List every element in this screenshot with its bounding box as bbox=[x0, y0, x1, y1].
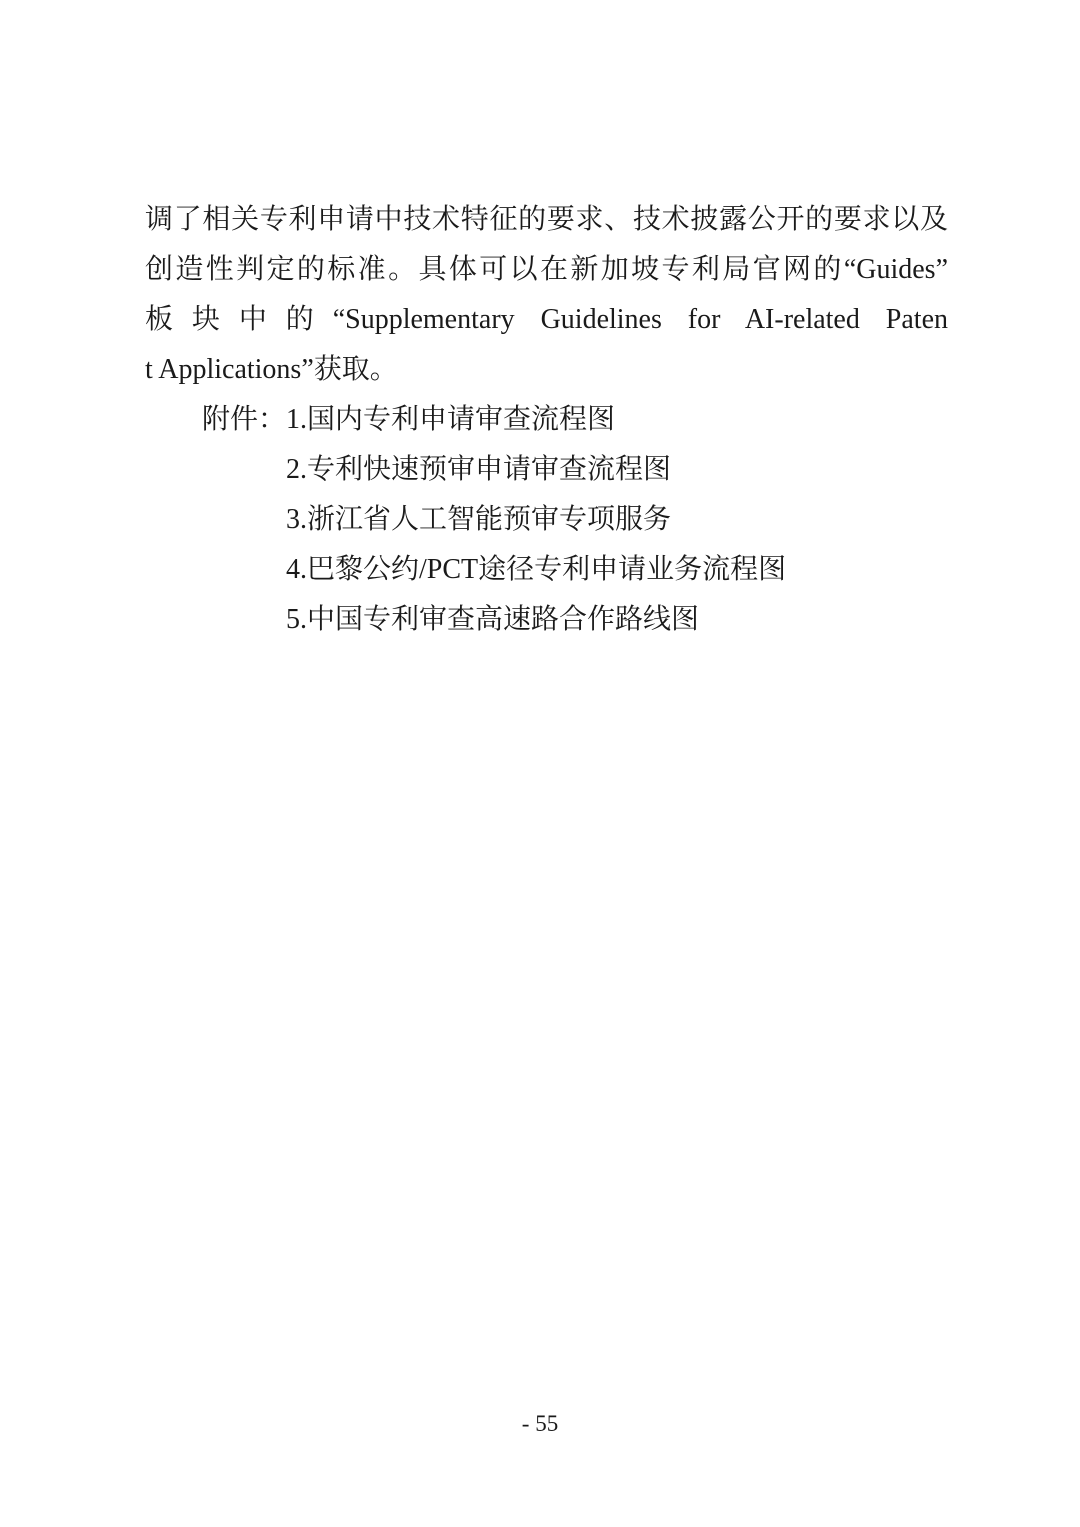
attachment-item-4: 4.巴黎公约/PCT途径专利申请业务流程图 bbox=[286, 545, 786, 595]
paragraph-line-2: 创造性判定的标准。具体可以在新加坡专利局官网的“Guides” bbox=[145, 245, 948, 295]
attachment-item-3: 3.浙江省人工智能预审专项服务 bbox=[286, 495, 786, 545]
attachments-block: 附件： 1.国内专利申请审查流程图 2.专利快速预审申请审查流程图 3.浙江省人… bbox=[145, 395, 948, 645]
paragraph-line-4: t Applications”获取。 bbox=[145, 345, 948, 395]
attachment-item-1: 1.国内专利申请审查流程图 bbox=[286, 395, 786, 445]
attachments-list: 1.国内专利申请审查流程图 2.专利快速预审申请审查流程图 3.浙江省人工智能预… bbox=[286, 395, 786, 645]
document-page: 调了相关专利申请中技术特征的要求、技术披露公开的要求以及 创造性判定的标准。具体… bbox=[0, 0, 1080, 1527]
page-number: - 55 bbox=[0, 1404, 1080, 1444]
paragraph-line-3: 板块中的“Supplementary Guidelines for AI-rel… bbox=[145, 295, 948, 345]
attachment-item-2: 2.专利快速预审申请审查流程图 bbox=[286, 445, 786, 495]
paragraph-line-1: 调了相关专利申请中技术特征的要求、技术披露公开的要求以及 bbox=[145, 195, 948, 245]
document-body: 调了相关专利申请中技术特征的要求、技术披露公开的要求以及 创造性判定的标准。具体… bbox=[145, 195, 948, 645]
attachments-label: 附件： bbox=[202, 395, 286, 445]
attachment-item-5: 5.中国专利审查高速路合作路线图 bbox=[286, 595, 786, 645]
